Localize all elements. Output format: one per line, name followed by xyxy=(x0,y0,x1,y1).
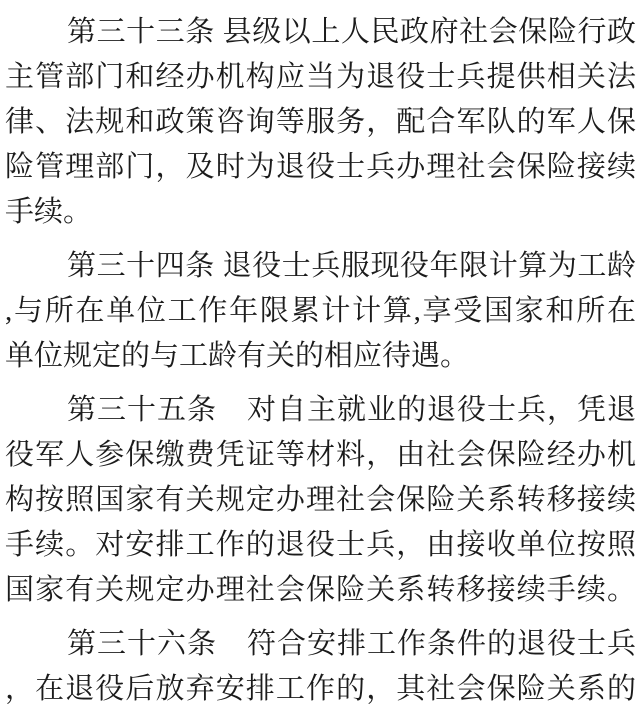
text-line: ，在退役后放弃安排工作的，其社会保险关系的 xyxy=(5,667,636,709)
text-line: 国家有关规定办理社会保险关系转移接续手续。 xyxy=(5,568,636,613)
text-line: 役军人参保缴费凭证等材料，由社会保险经办机 xyxy=(5,433,636,478)
text-line: 构按照国家有关规定办理社会保险关系转移接续 xyxy=(5,478,636,523)
text-line: 险管理部门，及时为退役士兵办理社会保险接续 xyxy=(5,145,636,190)
text-line: 第三十三条 县级以上人民政府社会保险行政 xyxy=(5,10,636,55)
text-line: 手续。 xyxy=(5,190,636,235)
document-page: 第三十三条 县级以上人民政府社会保险行政 主管部门和经办机构应当为退役士兵提供相… xyxy=(0,0,640,709)
text-line: 律、法规和政策咨询等服务，配合军队的军人保 xyxy=(5,100,636,145)
text-line: 手续。对安排工作的退役士兵，由接收单位按照 xyxy=(5,523,636,568)
text-line: 第三十五条 对自主就业的退役士兵，凭退 xyxy=(5,388,636,433)
text-line: 第三十六条 符合安排工作条件的退役士兵 xyxy=(5,622,636,667)
text-line: 单位规定的与工龄有关的相应待遇。 xyxy=(5,334,636,379)
text-line: ,与所在单位工作年限累计计算,享受国家和所在 xyxy=(5,289,636,334)
text-line: 第三十四条 退役士兵服现役年限计算为工龄 xyxy=(5,244,636,289)
text-line: 主管部门和经办机构应当为退役士兵提供相关法 xyxy=(5,55,636,100)
